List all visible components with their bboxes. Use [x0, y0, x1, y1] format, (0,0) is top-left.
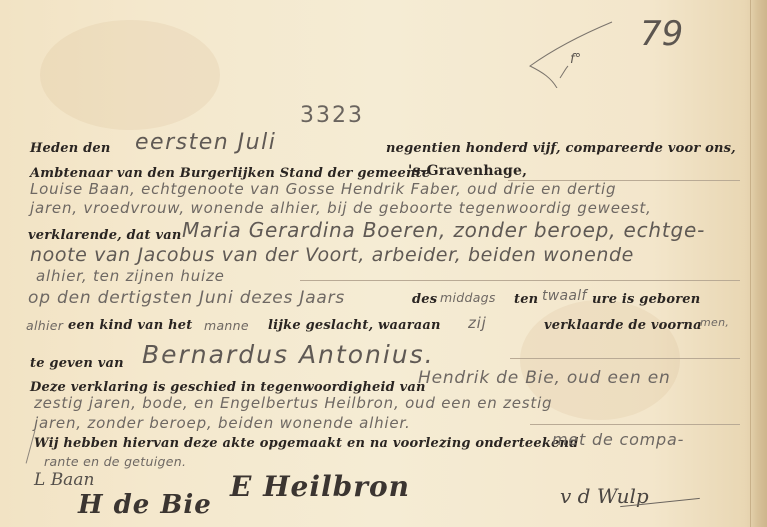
handwritten-word: middags: [440, 290, 496, 305]
signature-witness-2: E Heilbron: [230, 470, 410, 503]
printed-text: Wij hebben hiervan deze akte opgemaakt e…: [34, 436, 578, 451]
handwritten-word: manne: [204, 318, 249, 333]
printed-text: ure is geboren: [592, 292, 700, 307]
handwritten-line: Maria Gerardina Boeren, zonder beroep, e…: [182, 218, 705, 242]
handwritten-line: jaren, zonder beroep, beiden wonende alh…: [34, 414, 411, 432]
rule-line: [510, 358, 740, 359]
folio-flourish-icon: [518, 18, 618, 88]
document-page: f° 79 3323 Heden den eersten Juli negent…: [0, 0, 767, 527]
handwritten-line: noote van Jacobus van der Voort, arbeide…: [30, 244, 634, 266]
printed-text: Ambtenaar van den Burgerlijken Stand der…: [30, 166, 430, 181]
printed-text: verklaarde de voorna: [544, 318, 702, 333]
printed-text: Heden den: [30, 141, 111, 156]
rule-line: [300, 280, 740, 281]
printed-text: des: [412, 292, 437, 307]
handwritten-line: zestig jaren, bode, en Engelbertus Heilb…: [34, 394, 552, 412]
paper-stain: [40, 20, 220, 130]
page-binding-edge: [750, 0, 767, 527]
printed-text: ten: [514, 292, 538, 307]
handwritten-word: zij: [468, 314, 487, 332]
act-number: 3323: [300, 103, 364, 128]
handwritten-line: op den dertigsten Juni dezes Jaars: [28, 288, 345, 308]
handwritten-word: twaalf: [542, 288, 587, 304]
handwritten-word: men,: [700, 316, 729, 329]
handwritten-word: alhier: [26, 318, 63, 333]
signature-witness-1: H de Bie: [78, 490, 212, 520]
handwritten-line: Louise Baan, echtgenoote van Gosse Hendr…: [30, 180, 616, 198]
signature-informant: L Baan: [34, 470, 94, 490]
printed-text: te geven van: [30, 356, 124, 371]
handwritten-line: Hendrik de Bie, oud een en: [418, 368, 671, 388]
printed-city: 's-Gravenhage,: [408, 163, 527, 179]
handwritten-line: jaren, vroedvrouw, wonende alhier, bij d…: [30, 199, 652, 217]
printed-text: een kind van het: [68, 318, 192, 333]
handwritten-date: eersten Juli: [135, 130, 276, 155]
printed-text: Deze verklaring is geschied in tegenwoor…: [30, 380, 426, 395]
printed-text: negentien honderd vijf, compareerde voor…: [386, 141, 736, 156]
handwritten-line: alhier, ten zijnen huize: [36, 267, 225, 285]
child-given-names: Bernardus Antonius.: [142, 340, 435, 369]
folio-mark: f°: [570, 52, 581, 67]
rule-line: [530, 424, 740, 425]
handwritten-line: rante en de getuigen.: [44, 454, 186, 469]
handwritten-line: met de compa-: [552, 430, 684, 449]
folio-number: 79: [640, 14, 683, 54]
printed-text: lijke geslacht, waaraan: [268, 318, 441, 333]
printed-text: verklarende, dat van: [28, 228, 182, 243]
